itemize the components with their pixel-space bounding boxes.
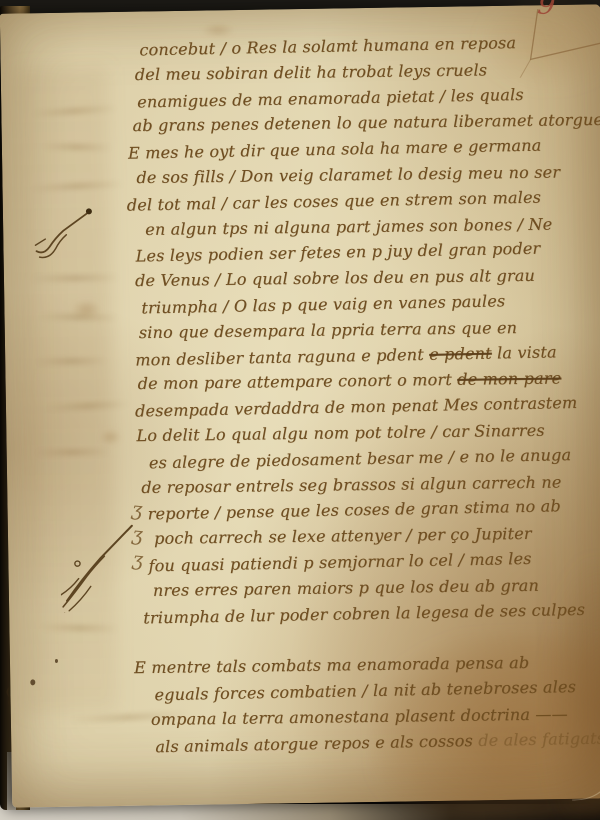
photo-frame: 9 ʒ ʒ ʒ concebut / o Res la solamt hum — [0, 0, 600, 820]
line-text: Les leys podien ser fetes en p juy del g… — [135, 239, 540, 266]
foxing-spot — [100, 430, 120, 444]
line-text: ompana la terra amonestana plasent doctr… — [151, 704, 568, 729]
line-text: als animals atorgue repos e als cossos — [155, 731, 478, 756]
line-text: triumpha / O las p que vaig en vanes pau… — [141, 291, 505, 317]
show-through-mark — [39, 624, 119, 633]
show-through-mark — [30, 274, 120, 282]
manuscript-page: 9 ʒ ʒ ʒ concebut / o Res la solamt hum — [0, 4, 600, 807]
manicule-icon — [33, 200, 98, 261]
line-text: mon desliber tanta raguna e pdent — [135, 344, 429, 369]
manuscript-text: concebut / o Res la solamt humana en rep… — [126, 30, 597, 760]
line-text: E mes he oyt dir que una sola ha mare e … — [128, 136, 542, 163]
line-text: eguals forces combatien / la nit ab tene… — [154, 677, 576, 704]
line-text: del meu sobiran delit ha trobat leys cru… — [135, 60, 488, 84]
struck-text: e pdent — [429, 343, 492, 363]
line-text: la vista — [492, 342, 557, 362]
gutter-shading — [13, 67, 118, 713]
show-through-mark — [42, 143, 112, 151]
line-text: fou quasi patiendi p semjornar lo cel / … — [148, 549, 531, 575]
ink-dot — [55, 659, 58, 663]
line-text: enamigues de ma enamorada pietat / les q… — [137, 85, 524, 112]
show-through-mark — [46, 400, 130, 411]
line-text: poch carrech se lexe attenyer / per ço J… — [154, 524, 532, 548]
struck-text: de mon pare — [457, 369, 561, 389]
line-text: de ales fatigats — [478, 728, 600, 749]
line-text: en algun tps ni alguna part james son bo… — [145, 214, 552, 238]
line-text: del tot mal / car les coses que en strem… — [127, 187, 542, 214]
line-text: de sos fills / Don veig claramet lo desi… — [136, 162, 560, 187]
line-text: E mentre tals combats ma enamorada pensa… — [134, 653, 529, 677]
line-text: de mon pare attempare conort o mort — [138, 370, 458, 393]
line-text: de reposar entrels seg brassos si algun … — [141, 472, 561, 497]
line-text: triumpha de lur poder cobren la legesa d… — [143, 599, 585, 627]
line-text: reporte / pense que les coses de gran st… — [147, 497, 561, 524]
line-text: desempada verdaddra de mon penat Mes con… — [135, 393, 578, 421]
line-text: sino que desempara la ppria terra ans qu… — [139, 318, 518, 342]
show-through-mark — [35, 448, 111, 456]
line-text: nres erres paren maiors p que los deu ab… — [153, 576, 539, 600]
show-through-mark — [39, 313, 119, 322]
show-through-mark — [35, 357, 107, 365]
line-text: ab grans penes detenen lo que natura lib… — [132, 110, 600, 135]
show-through-mark — [30, 180, 124, 192]
line-text: de Venus / Lo qual sobre los deu en pus … — [135, 266, 535, 290]
line-text: Lo delit Lo qual algu nom pot tolre / ca… — [136, 421, 545, 445]
show-through-mark — [31, 105, 117, 118]
foxing-spot — [72, 300, 100, 318]
line-text: es alegre de piedosament besar me / e no… — [149, 445, 572, 472]
ink-dot — [30, 679, 35, 685]
line-text: concebut / o Res la solamt humana en rep… — [139, 33, 516, 59]
folio-number: 9 — [536, 0, 556, 20]
